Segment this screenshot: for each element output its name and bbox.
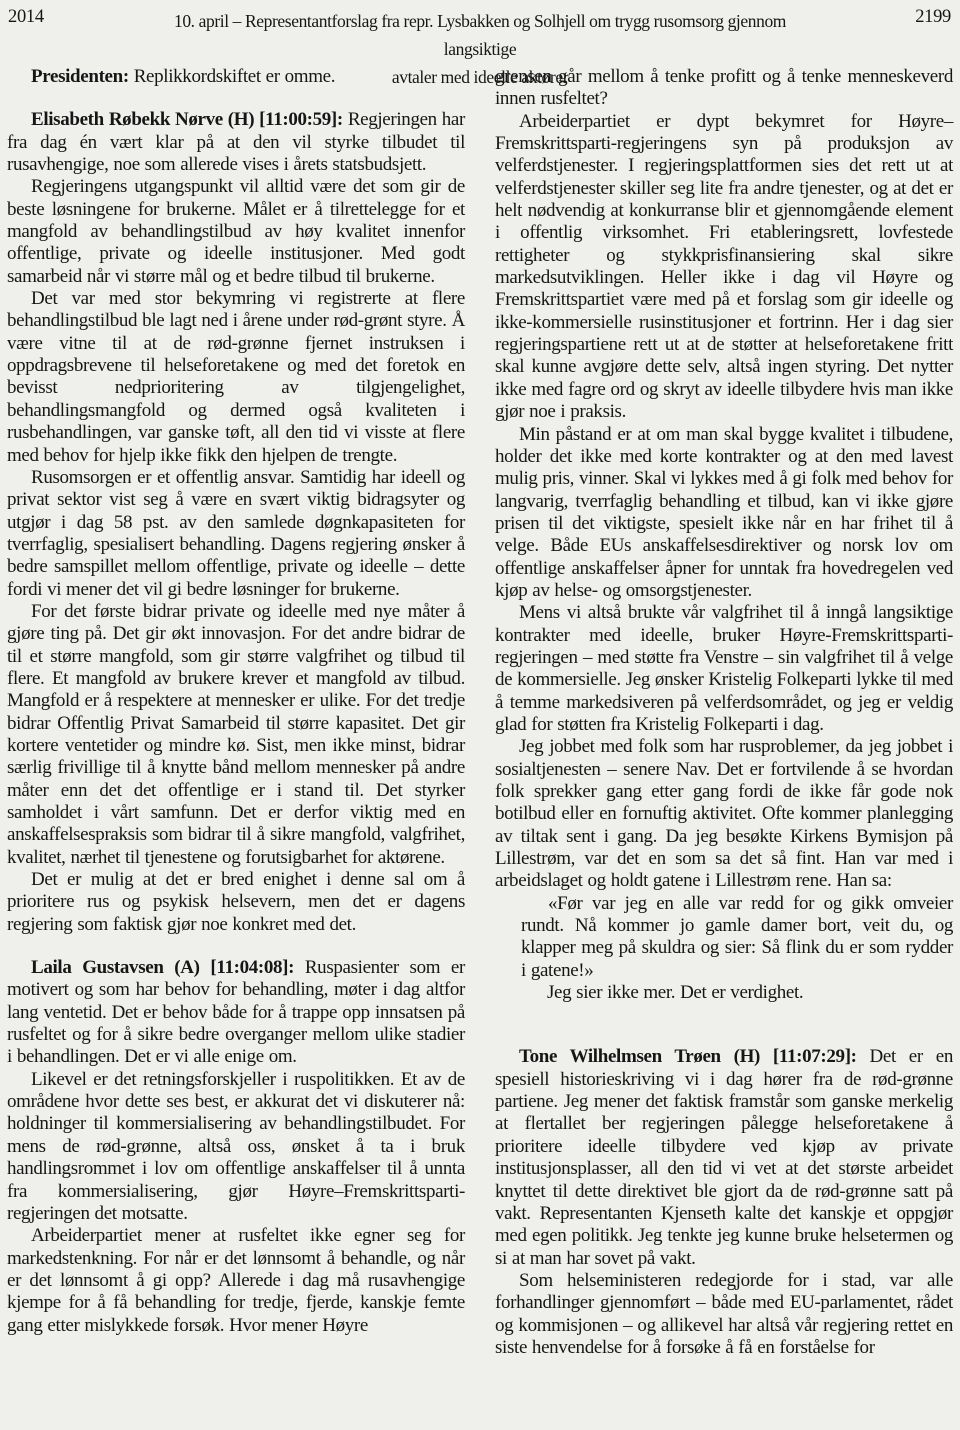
speech-paragraph: Laila Gustavsen (A) [11:04:08]: Ruspasie… xyxy=(7,957,465,1069)
quote-paragraph: «Før var jeg en alle var redd for og gik… xyxy=(521,893,953,982)
speaker-name: Tone Wilhelmsen Trøen (H) [11:07:29]: xyxy=(519,1046,857,1067)
paragraph: Jeg jobbet med folk som har rusproblemer… xyxy=(495,736,953,892)
speaker-name: Laila Gustavsen (A) [11:04:08]: xyxy=(31,957,294,978)
paragraph: Likevel er det retningsforskjeller i rus… xyxy=(7,1069,465,1225)
paragraph: Arbeiderpartiet er dypt bekymret for Høy… xyxy=(495,111,953,424)
paragraph: For det første bidrar private og ideelle… xyxy=(7,601,465,869)
paragraph: Jeg sier ikke mer. Det er verdighet. xyxy=(495,982,953,1004)
two-column-body: Presidenten: Replikkordskiftet er omme.E… xyxy=(0,66,960,1428)
page-header: 2014 10. april – Representantforslag fra… xyxy=(0,0,960,59)
paragraph: Det var med stor bekymring vi registrert… xyxy=(7,288,465,467)
text-column-right: grensen går mellom å tenke profitt og å … xyxy=(495,66,953,1428)
paragraph: Som helseministeren redegjorde for i sta… xyxy=(495,1270,953,1359)
paragraph: Regjeringens utgangspunkt vil alltid vær… xyxy=(7,176,465,288)
page-title-line1: 10. april – Representantforslag fra repr… xyxy=(140,7,820,63)
speaker-name: Elisabeth Røbekk Nørve (H) [11:00:59]: xyxy=(31,109,343,130)
speaker-name: Presidenten: xyxy=(31,66,129,87)
text-column-left: Presidenten: Replikkordskiftet er omme.E… xyxy=(7,66,465,1428)
paragraph: Min påstand er at om man skal bygge kval… xyxy=(495,424,953,603)
page-title-line2: avtaler med ideelle aktører xyxy=(140,63,820,91)
paragraph: Mens vi altså brukte vår valgfrihet til … xyxy=(495,602,953,736)
page-number: 2199 xyxy=(915,7,951,28)
paragraph: Rusomsorgen er et offentlig ansvar. Samt… xyxy=(7,467,465,601)
paragraph: Arbeiderpartiet mener at rusfeltet ikke … xyxy=(7,1225,465,1337)
page-title: 10. april – Representantforslag fra repr… xyxy=(140,7,820,91)
document-page: 2014 10. april – Representantforslag fra… xyxy=(0,0,960,1430)
speech-paragraph: Tone Wilhelmsen Trøen (H) [11:07:29]: De… xyxy=(495,1046,953,1269)
paragraph: Det er mulig at det er bred enighet i de… xyxy=(7,869,465,936)
year-label: 2014 xyxy=(8,7,44,28)
speech-paragraph: Elisabeth Røbekk Nørve (H) [11:00:59]: R… xyxy=(7,109,465,176)
